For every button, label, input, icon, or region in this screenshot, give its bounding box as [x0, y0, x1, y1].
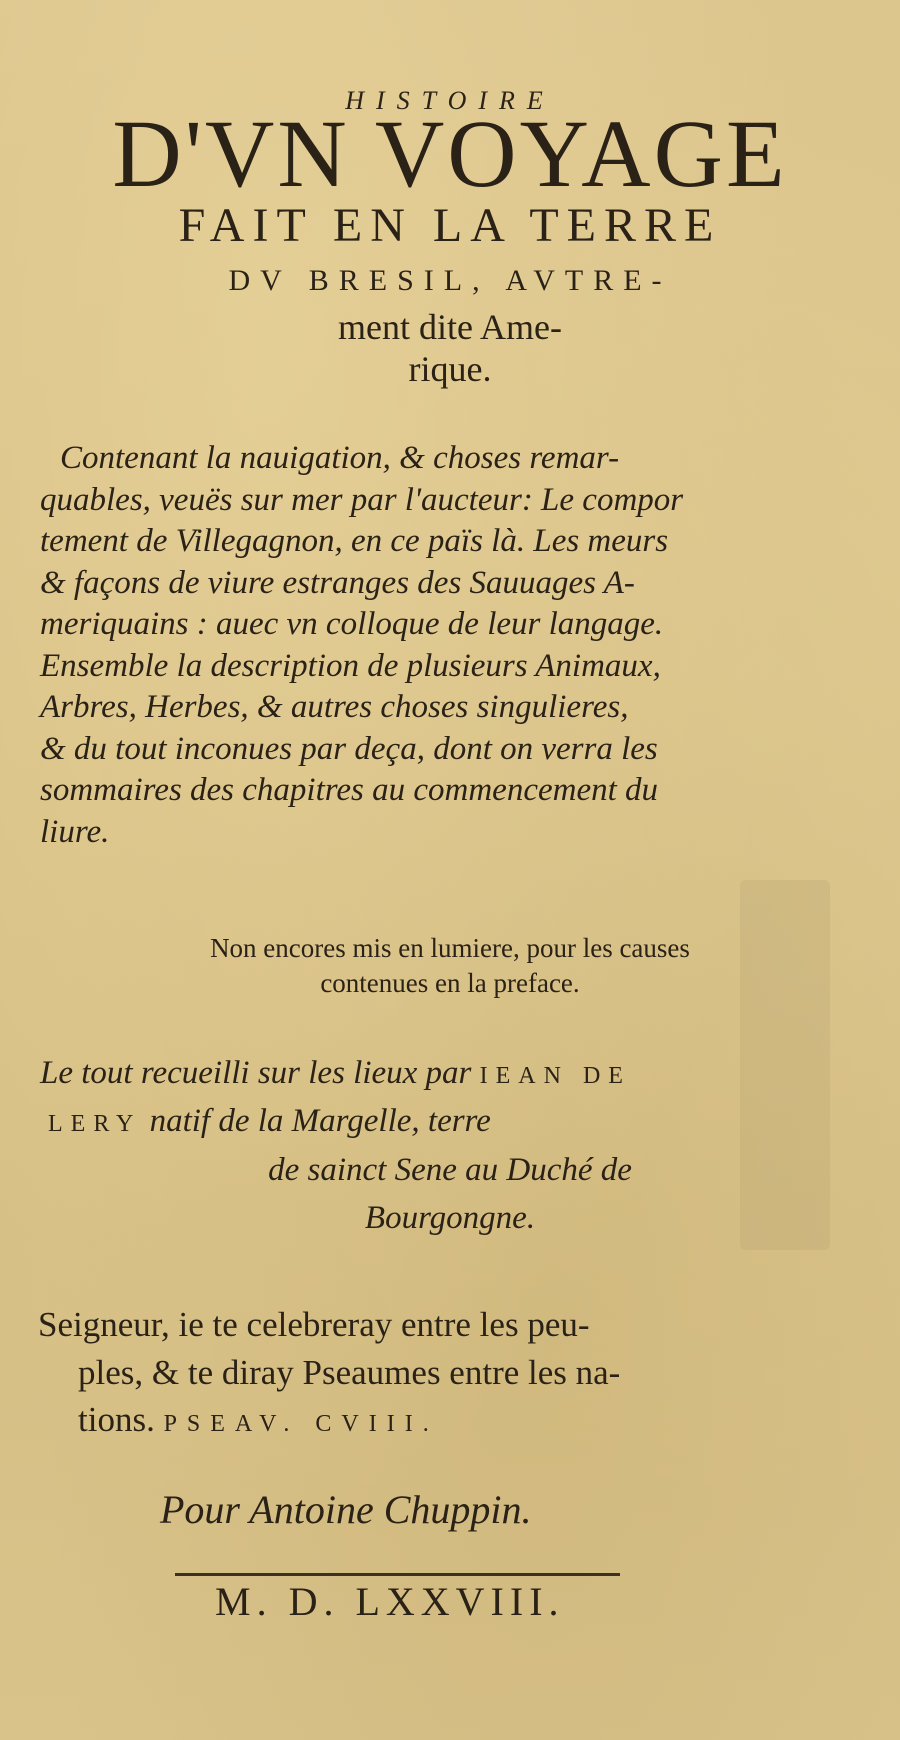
contents-line: tement de Villegagnon, en ce païs là. Le… — [40, 521, 810, 563]
author-name-last: LERY — [48, 1111, 141, 1137]
author-line-3: de sainct Sene au Duché de — [0, 1152, 900, 1189]
publication-year: M. D. LXXVIII. — [215, 1578, 565, 1625]
author-line-1: Le tout recueilli sur les lieux par IEAN… — [40, 1055, 631, 1092]
author-line-1-text: Le tout recueilli sur les lieux par — [40, 1055, 471, 1091]
contents-line: Ensemble la description de plusieurs Ani… — [40, 646, 810, 688]
title-line-3: DV BRESIL, AVTRE- — [0, 264, 900, 298]
contents-line: & façons de viure estranges des Sauuages… — [40, 563, 810, 605]
notice-line-2: contenues en la preface. — [0, 968, 900, 999]
contents-line: & du tout inconues par deça, dont on ver… — [40, 729, 810, 771]
psalm-reference: PSEAV. CVIII. — [164, 1411, 439, 1437]
author-origin: natif de la Margelle, terre — [150, 1103, 491, 1139]
contents-line: liure. — [40, 812, 810, 854]
title-line-4: ment dite Ame- — [0, 306, 900, 348]
main-title: D'VN VOYAGE — [0, 98, 900, 209]
contents-line: Arbres, Herbes, & autres choses singulie… — [40, 687, 810, 729]
author-line-4: Bourgongne. — [0, 1200, 900, 1237]
contents-line: quables, veuës sur mer par l'aucteur: Le… — [40, 480, 810, 522]
contents-line: sommaires des chapitres au commencement … — [40, 770, 810, 812]
epigraph-line-2: ples, & te diray Pseaumes entre les na- — [78, 1353, 620, 1393]
title-line-2: FAIT EN LA TERRE — [0, 198, 900, 253]
notice-line-1: Non encores mis en lumiere, pour les cau… — [0, 933, 900, 964]
author-line-2: LERY natif de la Margelle, terre — [48, 1103, 491, 1140]
author-name-first: IEAN DE — [480, 1063, 631, 1089]
epigraph-line-3: tions. PSEAV. CVIII. — [78, 1400, 439, 1440]
epigraph-line-1: Seigneur, ie te celebreray entre les peu… — [38, 1305, 590, 1345]
epigraph-text: tions. — [78, 1400, 155, 1439]
title-line-5: rique. — [0, 348, 900, 390]
horizontal-rule — [175, 1573, 620, 1576]
publisher-imprint: Pour Antoine Chuppin. — [160, 1486, 531, 1533]
contents-description: Contenant la nauigation, & choses remar-… — [40, 438, 810, 853]
title-page: HISTOIRE D'VN VOYAGE FAIT EN LA TERRE DV… — [0, 0, 900, 1740]
contents-line: meriquains : auec vn colloque de leur la… — [40, 604, 810, 646]
contents-line: Contenant la nauigation, & choses remar- — [40, 438, 810, 480]
